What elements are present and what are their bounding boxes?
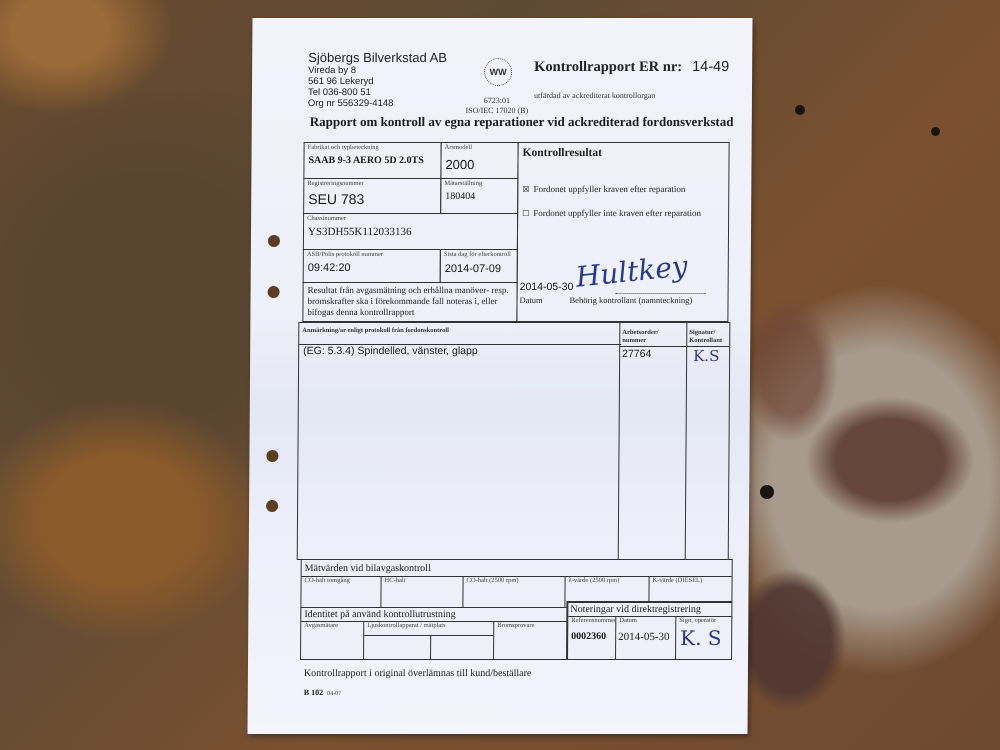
inspector-initials: K.S bbox=[693, 347, 719, 365]
year-value: 2000 bbox=[445, 157, 474, 172]
registration-value: SEU 783 bbox=[308, 191, 364, 207]
result-date: 2014-05-30 bbox=[520, 281, 574, 293]
work-order-header: Arbetsorder/ nummer bbox=[622, 329, 678, 345]
result-option-passed[interactable]: ☒Fordonet uppfyller kraven efter reparat… bbox=[522, 184, 685, 194]
reference-number-field: Referensnummer 0002360 bbox=[568, 616, 616, 659]
company-org-number: Org nr 556329-4148 bbox=[308, 98, 447, 109]
punch-hole bbox=[268, 235, 280, 247]
direct-registration-section: Noteringar vid direktregistrering Refere… bbox=[566, 601, 732, 660]
registration-date-value: 2014-05-30 bbox=[618, 631, 669, 643]
report-title: Kontrollrapport ER nr: bbox=[534, 59, 682, 75]
accreditation-number: 6723:01 bbox=[477, 96, 517, 105]
control-result-heading: Kontrollresultat bbox=[523, 147, 603, 159]
equipment-section: Identitet på använd kontrollutrustning A… bbox=[300, 607, 570, 660]
field-divider bbox=[364, 635, 493, 636]
equipment-heading: Identitet på använd kontrollutrustning bbox=[304, 609, 455, 620]
control-result-box: Kontrollresultat ☒Fordonet uppfyller kra… bbox=[516, 142, 729, 322]
inspector-signature: Hultkey bbox=[574, 249, 689, 294]
make-model-value: SAAB 9-3 AERO 5D 2.0TS bbox=[308, 155, 423, 166]
footer-note: Kontrollrapport i original överlämnas ti… bbox=[304, 668, 532, 679]
punch-hole bbox=[268, 286, 280, 298]
remarks-header: Anmärkning/ar enligt protokoll från ford… bbox=[302, 327, 449, 334]
report-title-row: Kontrollrapport ER nr: 14-49 bbox=[534, 58, 729, 76]
direct-registration-heading: Noteringar vid direktregistrering bbox=[570, 604, 701, 615]
checkbox-checked-icon[interactable]: ☒ bbox=[522, 186, 529, 194]
reference-number-value: 0002360 bbox=[571, 631, 606, 642]
protocol-number-value: 09:42:20 bbox=[308, 262, 351, 274]
odometer-value: 180404 bbox=[445, 191, 475, 202]
protocol-number-field: ASB/Polis protokoll nummer 09:42:20 bbox=[303, 249, 441, 283]
company-name: Sjöbergs Bilverkstad AB bbox=[308, 50, 447, 65]
signature-line bbox=[616, 293, 706, 294]
floor-hole bbox=[795, 105, 805, 115]
remarks-table: Anmärkning/ar enligt protokoll från ford… bbox=[297, 322, 731, 560]
chassis-value: YS3DH55K112033136 bbox=[308, 226, 412, 238]
odometer-field: Mätarställning 180404 bbox=[440, 178, 518, 214]
report-main-heading: Rapport om kontroll av egna reparationer… bbox=[310, 114, 734, 130]
recheck-deadline-value: 2014-07-09 bbox=[445, 263, 501, 275]
recheck-deadline-field: Sista dag för efterkontroll 2014-07-09 bbox=[440, 249, 518, 283]
punch-hole bbox=[266, 450, 278, 462]
exhaust-note-field: Resultat från avgasmätning och erhållna … bbox=[302, 282, 517, 322]
inspection-report-paper: Sjöbergs Bilverkstad AB Vireda by 8 561 … bbox=[248, 18, 753, 734]
emissions-heading: Mätvärden vid bilavgaskontroll bbox=[305, 563, 431, 574]
result-date-label: Datum bbox=[519, 295, 542, 305]
year-field: Årsmodell 2000 bbox=[440, 142, 518, 179]
remark-text: (EG: 5.3.4) Spindelled, vänster, glapp bbox=[303, 345, 478, 357]
punch-hole bbox=[266, 500, 278, 512]
operator-sign-field: Sign, operatör K. S bbox=[676, 616, 732, 659]
exhaust-note-text: Resultat från avgasmätning och erhållna … bbox=[307, 285, 512, 318]
exhaust-analyzer-field[interactable]: Avgasmätare bbox=[301, 621, 364, 659]
floor-hole bbox=[931, 127, 940, 136]
work-order-number: 27764 bbox=[622, 348, 651, 360]
make-model-field: Fabrikat och typbeteckning SAAB 9-3 AERO… bbox=[303, 142, 441, 179]
report-issued-by: utfärdad av ackrediterat kontrollorgan bbox=[534, 91, 655, 100]
company-phone: Tel 036-800 51 bbox=[308, 87, 447, 98]
company-block: Sjöbergs Bilverkstad AB Vireda by 8 561 … bbox=[308, 50, 447, 109]
signature-label: Behörig kontrollant (namnteckning) bbox=[569, 295, 692, 305]
column-divider bbox=[618, 323, 621, 559]
brake-tester-field[interactable]: Bromsprovare bbox=[494, 621, 569, 659]
registration-date-field: Datum 2014-05-30 bbox=[616, 616, 676, 659]
light-tester-field[interactable]: Ljuskontrollapparat / mätplats bbox=[364, 621, 494, 659]
floor-hole bbox=[760, 485, 774, 499]
signature-header: Signatur/ Kontrollant bbox=[689, 329, 729, 345]
result-option-failed[interactable]: ☐Fordonet uppfyller inte kraven efter re… bbox=[522, 208, 701, 218]
operator-initials: K. S bbox=[680, 626, 722, 650]
swedac-accreditation-seal-icon: WW bbox=[484, 58, 512, 86]
field-divider bbox=[430, 635, 431, 659]
registration-field: Registreringsnummer SEU 783 bbox=[303, 178, 441, 214]
company-address-line: Vireda by 8 bbox=[308, 65, 447, 76]
chassis-field: Chassinummer YS3DH55K112033136 bbox=[303, 213, 518, 250]
report-number: 14-49 bbox=[692, 59, 729, 75]
checkbox-unchecked-icon[interactable]: ☐ bbox=[522, 210, 529, 218]
company-address-line: 561 96 Lekeryd bbox=[308, 76, 447, 87]
column-divider bbox=[685, 323, 688, 559]
form-code: B 102 04-07 bbox=[304, 682, 341, 700]
